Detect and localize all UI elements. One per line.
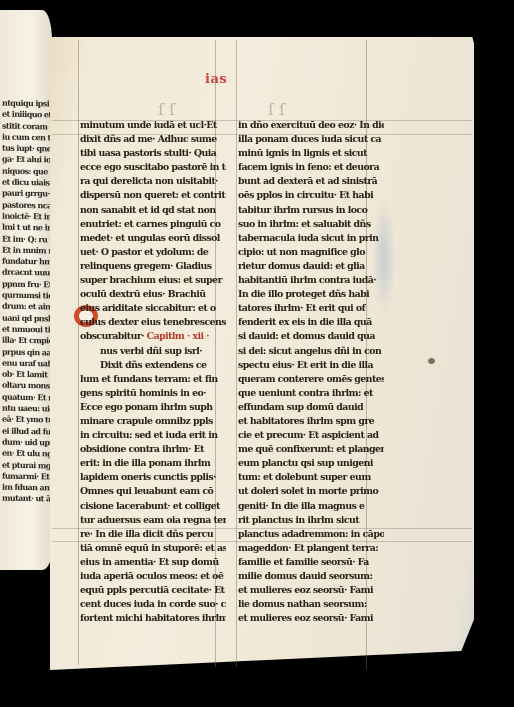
left-column: minutum unde iudā et ucl·Etdixit dñs ad …: [80, 119, 226, 626]
text-line: suo in ihrlm: et saluabit dñs: [238, 218, 384, 232]
text-line: habitantiū ihrlm contra iudā·: [238, 274, 384, 288]
text-line: queram conterere omēs gentes: [238, 373, 384, 387]
text-line: nus verbi dñi sup isrl·: [80, 345, 226, 359]
text-line: enutriet: et carnes pinguiū co: [80, 218, 226, 232]
text-line: Omnes qui leuabunt eam cō: [80, 485, 226, 499]
text-line: rit planctus in ihrlm sicut: [238, 514, 384, 528]
text-line: quatum· Et mpuo: [2, 391, 52, 403]
text-line: lum et fundans terram: et fin: [80, 373, 226, 387]
text-line: cent duces iuda in corde suo· con: [80, 598, 226, 612]
text-line: uet· O pastor et ydolum: de: [80, 246, 226, 260]
text-line: et mulieres eoz seorsū· Fami: [238, 612, 384, 626]
text-line: facem ignis in feno: et deuora: [238, 161, 384, 175]
text-line: non sanabit et id qd stat non: [80, 204, 226, 218]
text-line: et dicu uiais: [2, 177, 52, 189]
text-line: ut doleri solet in morte primo: [238, 485, 384, 499]
text-line: medet· et ungulas eorū dissol: [80, 232, 226, 246]
text-line: illa ponam duces iuda sicut ca: [238, 133, 384, 147]
text-line: mutant· ut ā litui: [2, 493, 52, 505]
running-head: ias: [205, 72, 227, 87]
text-line: cisione lacerabunt· et colliget: [80, 500, 226, 514]
text-line: relinquens gregem· Gladius: [80, 260, 226, 274]
text-line: tum: et dolebunt super eum: [238, 471, 384, 485]
text-line: oltaru monst rud·: [2, 380, 52, 392]
text-line: tibi uasa pastoris stulti· Quia: [80, 147, 226, 161]
text-line: niquos: que: [2, 165, 52, 177]
text-line: Et in mnim rud: [2, 244, 52, 256]
text-line: inoictē· Et im: [2, 211, 52, 223]
text-line: uani qd pnslū: [2, 312, 52, 324]
text-line: pastores ncaui: [2, 199, 52, 211]
text-line: super brachium eius: et super: [80, 274, 226, 288]
text-line: drcacnt uuuipo: [2, 267, 52, 279]
text-line: fenderit ex eis in die illa quā: [238, 316, 384, 330]
text-line: que ueniunt contra ihrlm: et: [238, 387, 384, 401]
left-page-edge: ntquiqu ipsi proet iniiiquo et cistitit …: [0, 10, 52, 570]
ascender-marks: ſ ſ: [158, 100, 175, 119]
text-line: fumarmi· Et tilm: [2, 470, 52, 482]
text-line: tur aduersus eam oia regna ter: [80, 514, 226, 528]
text-line: effundam sup domū dauid: [238, 401, 384, 415]
text-line: fortent michi habitatores ihrlm:: [80, 612, 226, 626]
text-line: milie domus dauid seorsum:: [238, 570, 384, 584]
text-line: im fduan ant: [2, 482, 52, 494]
text-line: In die illo proteget dñs habi: [238, 288, 384, 302]
text-line: dispersū non queret: et contritū: [80, 189, 226, 203]
text-line: drum: et ain fui: [2, 301, 52, 313]
text-line: oculū dextrū eius· Brachiū: [80, 288, 226, 302]
text-line: erit: in die illa ponam ihrlm: [80, 457, 226, 471]
text-line: enu uraf uaf:: [2, 357, 52, 369]
text-line: si dei: sicut angelus dñi in con: [238, 345, 384, 359]
text-line: tabitur ihrlm rursus in loco: [238, 204, 384, 218]
text-line: Ecce ego ponam ihrlm suph: [80, 401, 226, 415]
text-line: fundatur hmbu: [2, 256, 52, 268]
text-line: obscurabitur· Capitlm · xii ·: [80, 330, 226, 344]
text-line: ga· Et alui ion: [2, 154, 52, 166]
text-line: ei illud ad fumaii: [2, 425, 52, 437]
text-line: qurnumsi tic: [2, 290, 52, 302]
text-line: eum planctu qsi sup unigeni: [238, 457, 384, 471]
text-line: ntquiqu ipsi pro: [2, 98, 52, 110]
text-line: lmi t ut ne in: [2, 222, 52, 234]
text-line: in circuitu: sed et iuda erit in: [80, 429, 226, 443]
text-line: eius ariditate siccabitur: et o: [80, 302, 226, 316]
text-line: Et im· Q: ru pa: [2, 233, 52, 245]
text-line: et pturai mgoe: [2, 459, 52, 471]
text-line: si dauid: et domus dauid qua: [238, 330, 384, 344]
text-line: me quē confixerunt: et plangent: [238, 443, 384, 457]
text-line: oēs pplos in circuitu· Et habi: [238, 189, 384, 203]
text-line: tabernacula iuda sicut in prin: [238, 232, 384, 246]
left-page-text: ntquiqu ipsi proet iniiiquo et cistitit …: [2, 98, 52, 506]
text-line: ra qui derelicta non uisitabit·: [80, 175, 226, 189]
text-line: ppnm fru· Et ib: [2, 278, 52, 290]
text-line: equū ppls percutiā cecitate· Et di: [80, 584, 226, 598]
text-line: lapidem oneris cunctis pplis·: [80, 471, 226, 485]
text-line: stitit coram o: [2, 120, 52, 132]
text-line: eā· Et ymo tuto ub: [2, 414, 52, 426]
text-line: obsidione contra ihrlm· Et: [80, 443, 226, 457]
text-line: minū ignis in lignis et sicut: [238, 147, 384, 161]
text-line: ob· Et lamit nu: [2, 369, 52, 381]
text-line: culus dexter eius tenebrescens: [80, 316, 226, 330]
text-line: Dixit dñs extendens ce: [80, 359, 226, 373]
text-line: lie domus nathan seorsum:: [238, 598, 384, 612]
text-line: tus iupt· qne: [2, 143, 52, 155]
text-line: mageddon· Et plangent terra:: [238, 542, 384, 556]
stain-spot: [428, 358, 435, 364]
text-line: tiā omnē equū in stuporē: et ascensorē: [80, 542, 226, 556]
text-line: et nmuoui tiou: [2, 324, 52, 336]
text-line: ntu uaeu: uiguu: [2, 403, 52, 415]
text-line: et habitatores ihrlm spm gre: [238, 415, 384, 429]
text-line: familie et familie seorsū· Fa: [238, 556, 384, 570]
text-line: cie et precum· Et aspicient ad: [238, 429, 384, 443]
text-line: illa· Et cmpiot: [2, 335, 52, 347]
text-line: gens spiritū hominis in eo·: [80, 387, 226, 401]
text-line: iu cum cen ta: [2, 131, 52, 143]
text-line: bunt ad dexterā et ad sinistrā: [238, 175, 384, 189]
text-line: minare crapule omnibz ppls: [80, 415, 226, 429]
text-line: dixit dñs ad me· Adhuc sume: [80, 133, 226, 147]
text-line: dum· uid uprma: [2, 436, 52, 448]
text-line: ecce ego suscitabo pastorē in ter: [80, 161, 226, 175]
text-line: re· In die illa dicit dñs percu: [80, 528, 226, 542]
text-line: et iniiiquo et ci: [2, 109, 52, 121]
text-line: pauri grrgu· Et: [2, 188, 52, 200]
text-line: geniti· In die illa magnus e: [238, 500, 384, 514]
text-line: prpus qin aafu: [2, 346, 52, 358]
text-line: eius in amentia· Et sup domū: [80, 556, 226, 570]
ascender-marks: ſ ſ: [268, 100, 285, 119]
chapter-heading: Capitlm · xii ·: [147, 331, 209, 342]
text-line: planctus adadremmon: in cāpo: [238, 528, 384, 542]
text-line: tatores ihrlm· Et erit qui of: [238, 302, 384, 316]
right-column: in dño exercituū deo eoz· In dieilla pon…: [238, 119, 384, 626]
text-line: minutum unde iudā et ucl·Et: [80, 119, 226, 133]
text-line: et mulieres eoz seorsū· Fami: [238, 584, 384, 598]
text-line: rietur domus dauid: et glia: [238, 260, 384, 274]
text-line: cipio: ut non magnifice glo: [238, 246, 384, 260]
text-line: iuda aperiā oculos meos: et oē: [80, 570, 226, 584]
text-line: in dño exercituū deo eoz· In die: [238, 119, 384, 133]
text-line: en· Et ulu ngm: [2, 448, 52, 460]
text-line: spectu eius· Et erit in die illa: [238, 359, 384, 373]
